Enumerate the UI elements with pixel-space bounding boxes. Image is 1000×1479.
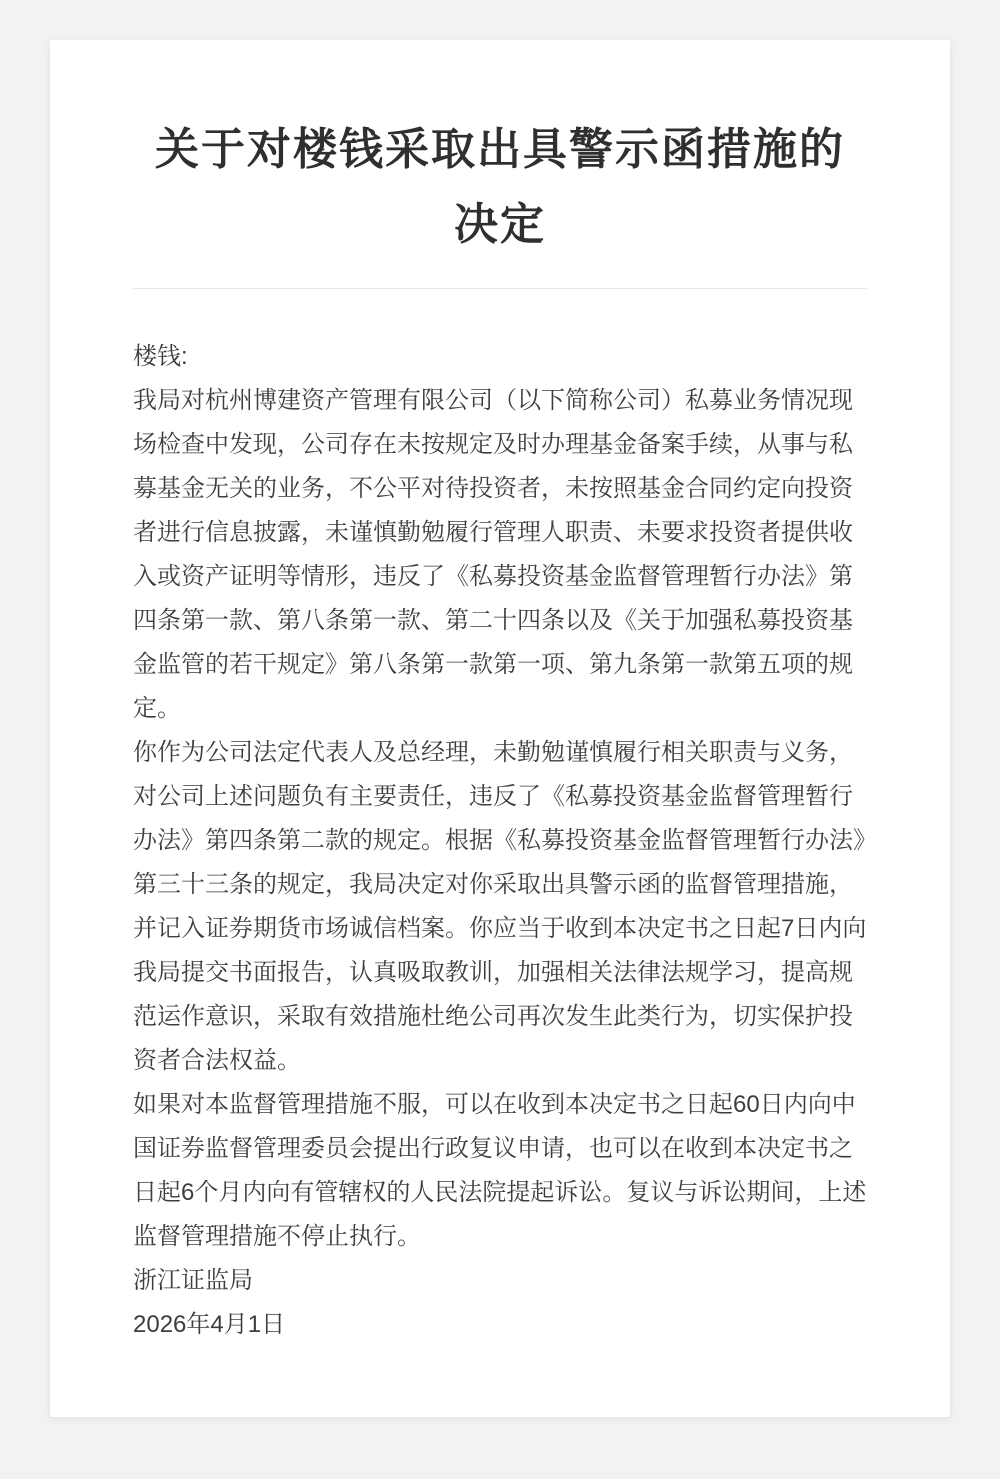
signature-issuer: 浙江证监局 (133, 1259, 867, 1303)
paragraph: 如果对本监督管理措施不服，可以在收到本决定书之日起60日内向中国证券监督管理委员… (133, 1083, 867, 1259)
signature-date: 2026年4月1日 (133, 1303, 867, 1347)
paragraph: 我局对杭州博建资产管理有限公司（以下简称公司）私募业务情况现场检查中发现，公司存… (133, 379, 867, 731)
title-divider (133, 288, 867, 289)
document-footer: 浙江证监局 2026年4月1日 (133, 1259, 867, 1347)
document-body: 楼钱: 我局对杭州博建资产管理有限公司（以下简称公司）私募业务情况现场检查中发现… (133, 335, 867, 1259)
paragraph-list: 我局对杭州博建资产管理有限公司（以下简称公司）私募业务情况现场检查中发现，公司存… (133, 379, 867, 1259)
paragraph: 你作为公司法定代表人及总经理，未勤勉谨慎履行相关职责与义务，对公司上述问题负有主… (133, 731, 867, 1083)
document-title: 关于对楼钱采取出具警示函措施的决定 (133, 112, 867, 262)
salutation: 楼钱: (133, 335, 867, 379)
document-card: 关于对楼钱采取出具警示函措施的决定 楼钱: 我局对杭州博建资产管理有限公司（以下… (50, 40, 950, 1417)
page-background: 关于对楼钱采取出具警示函措施的决定 楼钱: 我局对杭州博建资产管理有限公司（以下… (0, 40, 1000, 1417)
